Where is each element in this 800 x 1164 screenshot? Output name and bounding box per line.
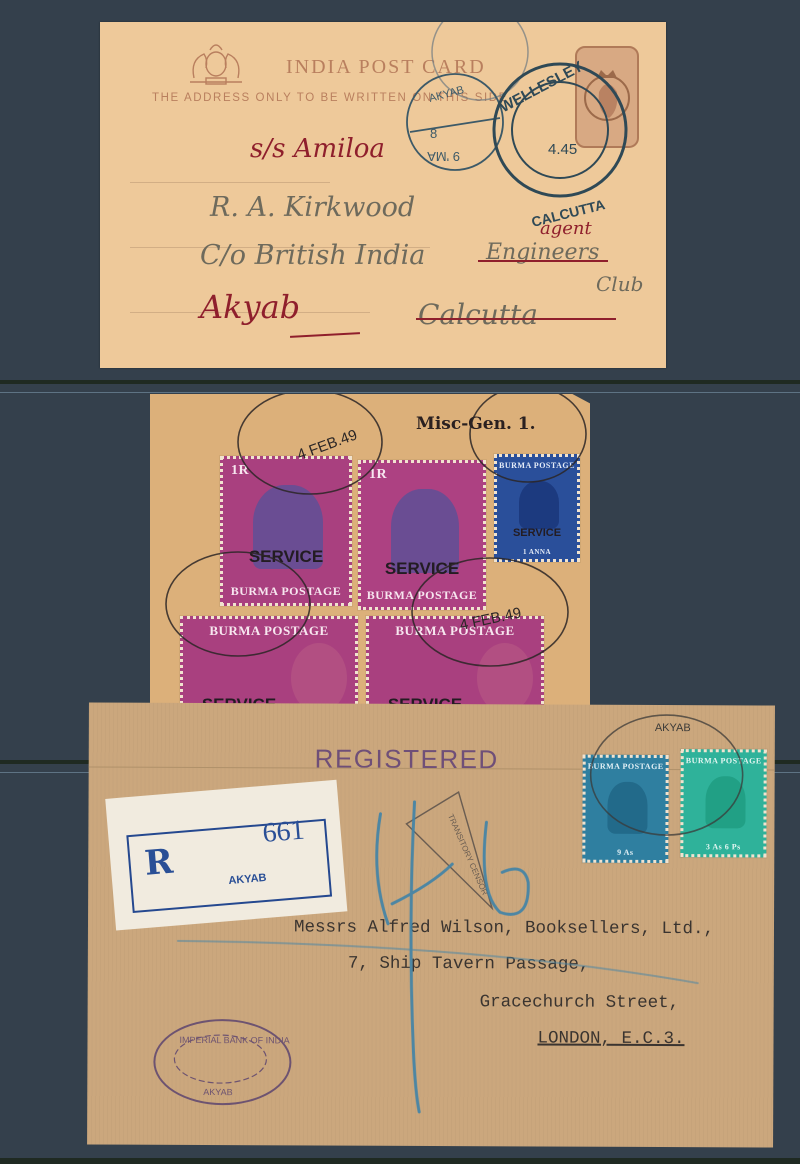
postcard-imprinted-stamp	[575, 46, 639, 148]
stamp-1anna-service: BURMA POSTAGE SERVICE 1 ANNA	[494, 454, 580, 562]
king-portrait-icon	[577, 48, 637, 146]
svg-text:TRANSITORY CENSOR: TRANSITORY CENSOR	[446, 813, 490, 897]
registered-cover: REGISTERED R 661 AKYAB BURMA POSTAGE 9 A…	[87, 703, 775, 1148]
handwritten-ship: s/s Amiloa	[250, 134, 385, 164]
registration-label: R 661 AKYAB	[105, 780, 347, 931]
stamp-9as: BURMA POSTAGE 9 As	[582, 755, 668, 863]
handwritten-struck-city: Calcutta	[418, 298, 538, 331]
svg-text:4.45: 4.45	[548, 141, 577, 158]
india-postcard: INDIA POST CARD THE ADDRESS ONLY TO BE W…	[100, 22, 666, 368]
registration-town: AKYAB	[228, 872, 267, 887]
address-line-3: Gracechurch Street,	[480, 992, 680, 1013]
registration-r: R	[143, 842, 173, 884]
handwritten-careof: C/o British India	[200, 240, 425, 271]
registration-number: 661	[261, 815, 306, 850]
imperial-bank-cachet	[153, 1019, 291, 1106]
handwritten-insert-club: Club	[596, 272, 643, 296]
stamp-1r-service: 1R SERVICE BURMA POSTAGE	[220, 456, 352, 606]
stamp-service-lower: BURMA POSTAGE SERVICE	[366, 616, 544, 716]
royal-arms-icon	[180, 38, 252, 88]
album-strip-highlight	[0, 392, 800, 393]
piece-header-stamp: Misc-Gen. 1.	[416, 414, 536, 434]
handwritten-forward-akyab: Akyab	[200, 288, 300, 326]
stamp-1r-service: 1R SERVICE BURMA POSTAGE	[358, 460, 486, 610]
album-strip-divider	[0, 380, 800, 384]
svg-text:AKYAB: AKYAB	[655, 722, 691, 734]
stamp-3as6ps: BURMA POSTAGE 3 As 6 Ps	[680, 749, 766, 857]
stamp-piece: Misc-Gen. 1. 1R SERVICE BURMA POSTAGE 1R…	[150, 394, 590, 708]
address-line-2: 7, Ship Tavern Passage,	[348, 954, 590, 975]
postcard-title: INDIA POST CARD	[286, 56, 486, 79]
svg-text:WELLESLEY: WELLESLEY	[497, 58, 586, 116]
handwritten-name: R. A. Kirkwood	[210, 192, 415, 223]
album-strip-divider	[0, 1158, 800, 1164]
handwritten-insert-agent: agent	[540, 218, 592, 239]
registered-handstamp: REGISTERED	[315, 743, 499, 775]
svg-text:9 'MA: 9 'MA	[427, 149, 460, 164]
address-line-1: Messrs Alfred Wilson, Booksellers, Ltd.,	[294, 917, 714, 939]
postcard-subtitle: THE ADDRESS ONLY TO BE WRITTEN ON THIS S…	[152, 92, 508, 104]
address-line-4: LONDON, E.C.3.	[537, 1028, 684, 1049]
svg-text:8: 8	[430, 126, 437, 141]
